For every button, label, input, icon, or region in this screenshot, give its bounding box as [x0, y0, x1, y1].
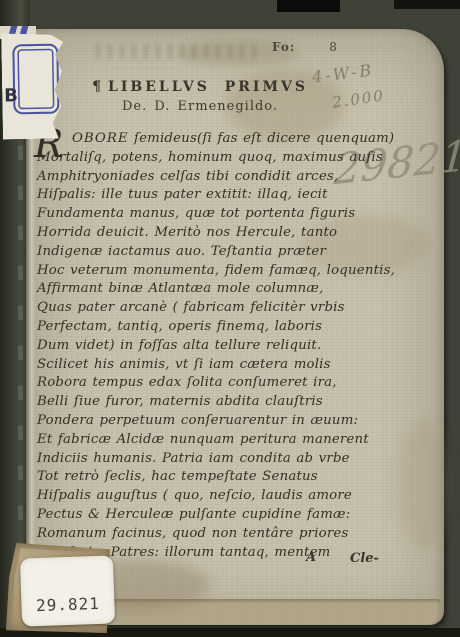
poem-line: Pondera perpetuum conſeruarentur in æuum… [37, 412, 432, 431]
shelfmark-sticker: 29.821 [20, 555, 115, 626]
spine-label-blue-frame [12, 44, 59, 115]
poem-line: Fundamenta manus, quæ tot portenta figur… [37, 205, 432, 224]
signature-mark: A [306, 550, 316, 565]
poem-line: Affirmant binæ Atlantæa mole columnæ, [37, 280, 432, 299]
poem-line: Quas pater arcanè ( fabricam felicitèr v… [37, 299, 432, 318]
chapter-subtitle: De. D. Ermenegildo. [88, 99, 312, 114]
ink-bleedthrough [95, 44, 260, 59]
poem-first-word-caps: OBORE [72, 131, 129, 146]
scanner-background-notch [277, 0, 340, 12]
spine-label-letter: B [4, 85, 18, 106]
poem-line: Hiſpalis auguſtus ( quo, neſcio, laudis … [37, 487, 432, 506]
poem-line: Indigenæ iactamus auo. Teſtantia præter [37, 243, 432, 262]
scanner-background-notch [394, 0, 460, 9]
scanned-book-page: Fo:8 4-W-B 2.000 29821 ¶LIBELLVS PRIMVS … [0, 0, 460, 637]
chapter-title: LIBELLVS PRIMVS [108, 79, 308, 95]
poem-line: Tot retrò ſeclis, hac tempeſtate Senatus [37, 468, 432, 487]
poem-line: Belli ſiue furor, maternis abdita clauſt… [37, 393, 432, 412]
poem-first-line-rest: ſemideus(ſi fas eſt dicere quenquam) [129, 131, 395, 146]
poem-line: Mortaliſq, potens, hominum quoq, maximus… [37, 149, 432, 168]
poem-line: Hiſpalis: ille tuus pater extitit: illaq… [37, 186, 432, 205]
poem-first-line: OBORE ſemideus(ſi fas eſt dicere quenqua… [37, 130, 432, 149]
folio-header: Fo:8 [272, 40, 338, 54]
poem-text-block: R OBORE ſemideus(ſi fas eſt dicere quenq… [37, 130, 432, 562]
poem-lines: Mortaliſq, potens, hominum quoq, maximus… [37, 149, 432, 563]
poem-line: Robora tempus edax ſolita conſumeret ira… [37, 374, 432, 393]
chapter-heading: ¶LIBELLVS PRIMVS [88, 79, 312, 95]
poem-line: Hoc veterum monumenta, fidem famæq, loqu… [37, 262, 432, 281]
poem-line: Romanum facinus, quod non tentâre priore… [37, 525, 432, 544]
shelfmark-number: 29.821 [36, 594, 100, 615]
pilcrow-mark: ¶ [92, 79, 101, 95]
poem-line: Indiciis humanis. Patria iam condita ab … [37, 450, 432, 469]
catchword: Cle- [350, 551, 379, 566]
folio-label: Fo: [272, 40, 295, 54]
poem-line: Horrida deuicit. Meritò nos Hercule, tan… [37, 224, 432, 243]
poem-line: Amphitryoniades celſas tibi condidit arc… [37, 168, 432, 187]
poem-line: Et fabricæ Alcidæ nunquam peritura maner… [37, 431, 432, 450]
poem-line: Perfectam, tantiq, operis finemq, labori… [37, 318, 432, 337]
poem-line: Dum videt) in foſſas alta tellure reliqu… [37, 337, 432, 356]
poem-line: Pectus & Herculeæ pulſante cupidine famæ… [37, 506, 432, 525]
poem-line: Scilicet his animis, vt ſi iam cætera mo… [37, 356, 432, 375]
folio-number: 8 [329, 40, 338, 54]
